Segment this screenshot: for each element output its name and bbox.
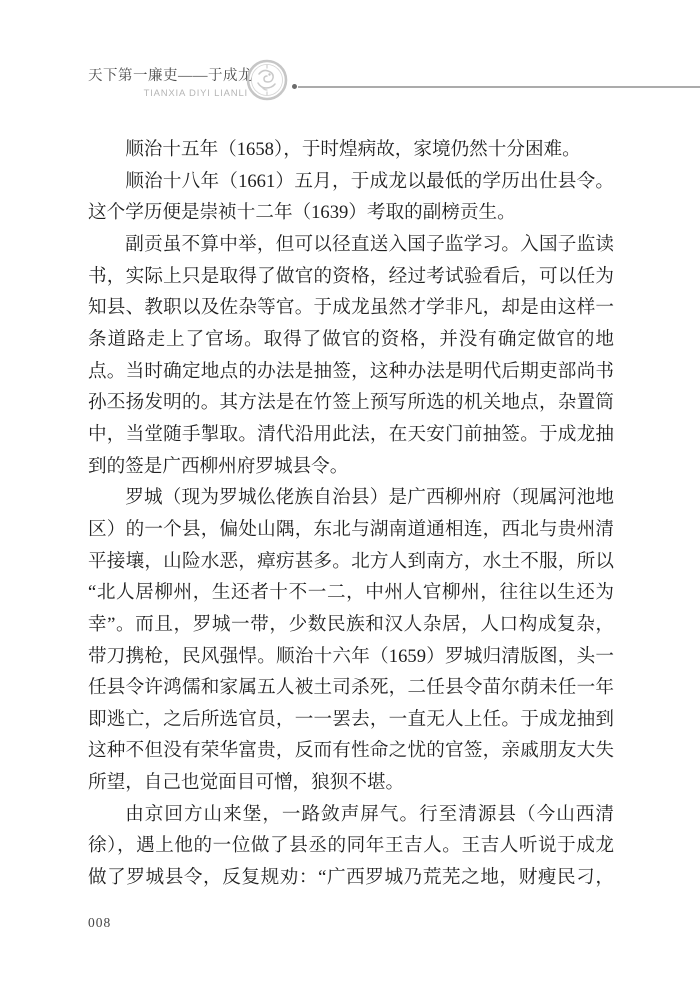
text-line: 带刀携枪，民风强悍。顺治十六年（1659）罗城归清版图，头一 xyxy=(88,641,614,673)
text-line: 平接壤，山险水恶，瘴疠甚多。北方人到南方，水土不服，所以 xyxy=(88,546,614,578)
text-line: 孙丕扬发明的。其方法是在竹签上预写所选的机关地点，杂置筒 xyxy=(88,387,614,419)
text-line: 所望，自己也觉面目可憎，狼狈不堪。 xyxy=(88,767,614,799)
text-line: 顺治十五年（1658），于时煌病故，家境仍然十分困难。 xyxy=(88,134,614,166)
book-title: 天下第一廉吏——于成龙 xyxy=(88,64,248,85)
text-line: 到的签是广西柳州府罗城县令。 xyxy=(88,451,614,483)
dragon-seal-icon xyxy=(246,59,288,101)
text-line: 书，实际上只是取得了做官的资格，经过考试验看后，可以任为 xyxy=(88,261,614,293)
text-line: 任县令许鸿儒和家属五人被土司杀死，二任县令苗尔荫未任一年 xyxy=(88,672,614,704)
text-line: 这种不但没有荣华富贵，反而有性命之忧的官签，亲戚朋友大失 xyxy=(88,735,614,767)
text-line: 徐），遇上他的一位做了县丞的同年王吉人。王吉人听说于成龙 xyxy=(88,830,614,862)
text-line: 区）的一个县，偏处山隅，东北与湖南道通相连，西北与贵州清 xyxy=(88,514,614,546)
text-line: 中，当堂随手掣取。清代沿用此法，在天安门前抽签。于成龙抽 xyxy=(88,419,614,451)
book-title-pinyin: TIANXIA DIYI LIANLI xyxy=(88,88,248,99)
text-block: 顺治十五年（1658），于时煌病故，家境仍然十分困难。 顺治十八年（1661）五… xyxy=(88,134,614,894)
text-line: 罗城（现为罗城仫佬族自治县）是广西柳州府（现属河池地 xyxy=(88,482,614,514)
text-line: 幸”。而且，罗城一带，少数民族和汉人杂居，人口构成复杂， xyxy=(88,609,614,641)
text-line: 条道路走上了官场。取得了做官的资格，并没有确定做官的地 xyxy=(88,324,614,356)
text-line: 副贡虽不算中举，但可以径直送入国子监学习。入国子监读 xyxy=(88,229,614,261)
header-rule-dot xyxy=(292,84,297,89)
text-line: 由京回方山来堡，一路敛声屏气。行至清源县（今山西清 xyxy=(88,799,614,831)
text-line: 知县、教职以及佐杂等官。于成龙虽然才学非凡，却是由这样一 xyxy=(88,292,614,324)
text-line: 点。当时确定地点的办法是抽签，这种办法是明代后期吏部尚书 xyxy=(88,356,614,388)
text-line: 即逃亡，之后所选官员，一一罢去，一直无人上任。于成龙抽到 xyxy=(88,704,614,736)
book-page: 天下第一廉吏——于成龙 TIANXIA DIYI LIANLI 顺治十五年（16… xyxy=(0,0,700,987)
text-line: 这个学历便是崇祯十二年（1639）考取的副榜贡生。 xyxy=(88,197,614,229)
running-header: 天下第一廉吏——于成龙 TIANXIA DIYI LIANLI xyxy=(88,64,248,99)
text-line: 做了罗城县令，反复规劝：“广西罗城乃荒芜之地，财瘦民刁， xyxy=(88,862,614,894)
text-line: “北人居柳州，生还者十不一二，中州人官柳州，往往以生还为 xyxy=(88,577,614,609)
page-number: 008 xyxy=(88,915,111,931)
header-rule xyxy=(298,86,700,88)
text-line: 顺治十八年（1661）五月，于成龙以最低的学历出仕县令。 xyxy=(88,166,614,198)
